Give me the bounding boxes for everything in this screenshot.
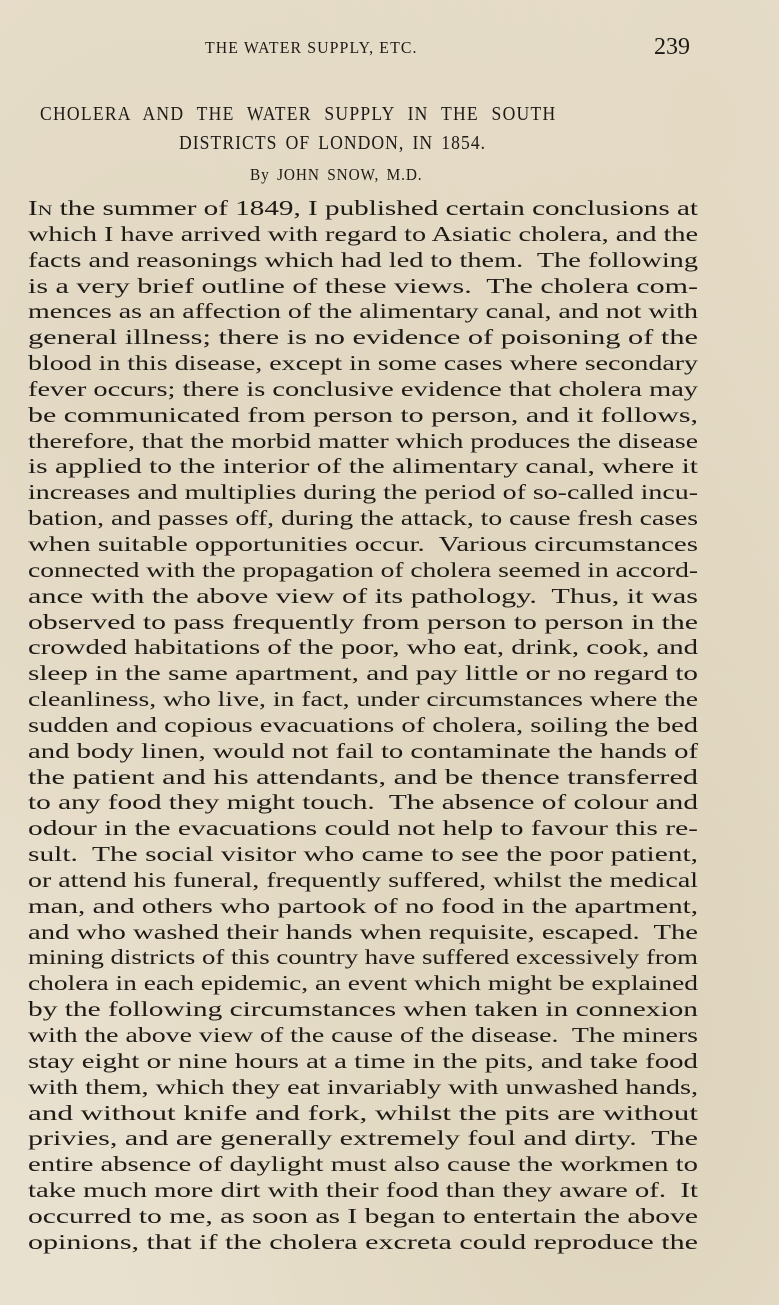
text-line-content: take much more dirt with their food than… [28, 1178, 698, 1202]
text-line-content: privies, and are generally extremely fou… [28, 1126, 698, 1150]
text-line: with them, which they eat invariably wit… [28, 1075, 698, 1101]
text-line: mences as an affection of the alimentary… [28, 299, 698, 325]
text-line-content: connected with the propagation of choler… [28, 558, 698, 582]
text-line: In the summer of 1849, I published certa… [28, 196, 698, 222]
text-line: to any food they might touch. The absenc… [28, 790, 698, 816]
running-head: THE WATER SUPPLY, ETC. 239 [0, 38, 779, 68]
text-line-content: and who washed their hands when requisit… [28, 920, 698, 944]
text-line: facts and reasonings which had led to th… [28, 248, 698, 274]
text-line: occurred to me, as soon as I began to en… [28, 1204, 698, 1230]
text-line: bation, and passes off, during the attac… [28, 506, 698, 532]
text-line: sudden and copious evacuations of choler… [28, 713, 698, 739]
text-line: general illness; there is no evidence of… [28, 325, 698, 351]
running-title: THE WATER SUPPLY, ETC. [205, 38, 418, 58]
text-line: fever occurs; there is conclusive eviden… [28, 377, 698, 403]
text-line-content: mining districts of this country have su… [28, 945, 698, 969]
text-line-content: by the following circumstances when take… [28, 997, 698, 1021]
text-line-content: the summer of 1849, I published certain … [52, 196, 698, 220]
text-line-content: odour in the evacuations could not help … [28, 816, 698, 840]
text-line: man, and others who partook of no food i… [28, 894, 698, 920]
text-line: which I have arrived with regard to Asia… [28, 222, 698, 248]
text-line-content: mences as an affection of the alimentary… [28, 299, 698, 323]
text-line: cholera in each epidemic, an event which… [28, 971, 698, 997]
text-line-content: when suitable opportunities occur. Vario… [28, 532, 698, 556]
text-line: with the above view of the cause of the … [28, 1023, 698, 1049]
article-byline: By JOHN SNOW, M.D. [250, 165, 423, 185]
text-line-content: is applied to the interior of the alimen… [28, 454, 698, 478]
text-line: entire absence of daylight must also cau… [28, 1152, 698, 1178]
text-line-content: stay eight or nine hours at a time in th… [28, 1049, 698, 1073]
text-line-content: with the above view of the cause of the … [28, 1023, 698, 1047]
text-line: is applied to the interior of the alimen… [28, 454, 698, 480]
text-line: observed to pass frequently from person … [28, 610, 698, 636]
page-number: 239 [654, 34, 690, 61]
text-line-content: is a very brief outline of these views. … [28, 274, 698, 298]
text-line-content: and body linen, would not fail to contam… [28, 739, 698, 763]
text-line-content: be communicated from person to person, a… [28, 403, 698, 427]
text-line-content: cleanliness, who live, in fact, under ci… [28, 687, 698, 711]
text-line-content: opinions, that if the cholera excreta co… [28, 1230, 698, 1254]
text-line-content: increases and multiplies during the peri… [28, 480, 698, 504]
text-line-content: and without knife and fork, whilst the p… [28, 1101, 698, 1125]
text-line-content: crowded habitations of the poor, who eat… [28, 635, 698, 659]
text-line: ance with the above view of its patholog… [28, 584, 698, 610]
text-line: stay eight or nine hours at a time in th… [28, 1049, 698, 1075]
book-page: THE WATER SUPPLY, ETC. 239 CHOLERA AND T… [0, 0, 779, 1305]
text-line-content: sult. The social visitor who came to see… [28, 842, 698, 866]
text-line: sleep in the same apartment, and pay lit… [28, 661, 698, 687]
text-line-content: with them, which they eat invariably wit… [28, 1075, 698, 1099]
text-line-content: observed to pass frequently from person … [28, 610, 698, 634]
text-line: by the following circumstances when take… [28, 997, 698, 1023]
text-line: and body linen, would not fail to contam… [28, 739, 698, 765]
text-line: the patient and his attendants, and be t… [28, 765, 698, 791]
text-line: connected with the propagation of choler… [28, 558, 698, 584]
text-line: therefore, that the morbid matter which … [28, 429, 698, 455]
text-line-content: blood in this disease, except in some ca… [28, 351, 698, 375]
text-line: sult. The social visitor who came to see… [28, 842, 698, 868]
text-line: take much more dirt with their food than… [28, 1178, 698, 1204]
text-line: when suitable opportunities occur. Vario… [28, 532, 698, 558]
text-line: or attend his funeral, frequently suffer… [28, 868, 698, 894]
text-line-content: or attend his funeral, frequently suffer… [28, 868, 698, 892]
text-line: be communicated from person to person, a… [28, 403, 698, 429]
text-line-content: facts and reasonings which had led to th… [28, 248, 698, 272]
text-line-content: entire absence of daylight must also cau… [28, 1152, 698, 1176]
article-title-line-1: CHOLERA AND THE WATER SUPPLY IN THE SOUT… [40, 103, 556, 126]
text-line-content: to any food they might touch. The absenc… [28, 790, 698, 814]
text-line: odour in the evacuations could not help … [28, 816, 698, 842]
text-line-content: which I have arrived with regard to Asia… [28, 222, 698, 246]
text-line: is a very brief outline of these views. … [28, 274, 698, 300]
text-line: cleanliness, who live, in fact, under ci… [28, 687, 698, 713]
text-line-content: therefore, that the morbid matter which … [28, 429, 698, 453]
text-line: mining districts of this country have su… [28, 945, 698, 971]
opening-word: In [28, 196, 52, 220]
body-text: In the summer of 1849, I published certa… [28, 196, 698, 1256]
text-line-content: fever occurs; there is conclusive eviden… [28, 377, 698, 401]
text-line: privies, and are generally extremely fou… [28, 1126, 698, 1152]
text-line-content: occurred to me, as soon as I began to en… [28, 1204, 698, 1228]
text-line: increases and multiplies during the peri… [28, 480, 698, 506]
text-line-content: cholera in each epidemic, an event which… [28, 971, 698, 995]
text-line: and without knife and fork, whilst the p… [28, 1101, 698, 1127]
text-line-content: the patient and his attendants, and be t… [28, 765, 698, 789]
text-line-content: ance with the above view of its patholog… [28, 584, 698, 608]
text-line: and who washed their hands when requisit… [28, 920, 698, 946]
text-line-content: sleep in the same apartment, and pay lit… [28, 661, 698, 685]
article-title-line-2: DISTRICTS OF LONDON, IN 1854. [179, 132, 486, 155]
text-line-content: bation, and passes off, during the attac… [28, 506, 698, 530]
text-line-content: sudden and copious evacuations of choler… [28, 713, 698, 737]
text-line-content: man, and others who partook of no food i… [28, 894, 698, 918]
text-line: blood in this disease, except in some ca… [28, 351, 698, 377]
text-line-content: general illness; there is no evidence of… [28, 325, 698, 349]
text-line: opinions, that if the cholera excreta co… [28, 1230, 698, 1256]
text-line: crowded habitations of the poor, who eat… [28, 635, 698, 661]
